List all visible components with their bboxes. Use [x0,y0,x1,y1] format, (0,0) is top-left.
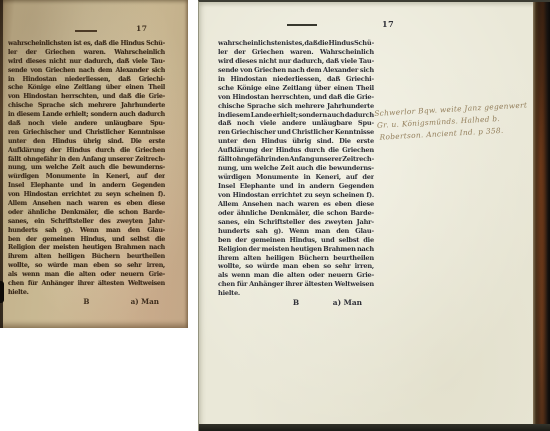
header-rule [75,30,97,32]
text-line: wollte,sowürdemanebensosehrirren, [218,262,374,271]
text-line: scheKönigeeineZeitlangübereinenTheil [8,84,165,93]
text-line: ihremaltenheiligenBüchernbeurtheilen [8,253,165,262]
text-line: alswennmandiealtenoderneuernGrie- [8,271,165,280]
right-page-text-block: wahrscheinlichstenistes,daßdieHindusSchü… [218,39,374,298]
text-line: inHindostanniederliessen,daßGriechi- [218,75,374,84]
text-line: chischeSprachesichmehrereJahrhunderte [8,102,165,111]
text-line: indiesemLandeerhielt;sondernauchdadurch [218,111,374,120]
left-page-text-block: wahrscheinlichstenistes,daßdieHindusSchü… [8,40,165,298]
right-page-signature-row: B a) Man [218,298,374,308]
text-line: vonHindostanerrichtetzuseynscheinenf). [218,191,374,200]
text-line: fälltohngefährindenAnfangunsererZeitrech… [218,155,374,164]
text-line: hundertssahg).WennmandenGlau- [218,227,374,236]
text-line: oderähnlicheDenkmäler,dieschonBarde- [218,209,374,218]
text-line: lerderGriechenwaren.Wahrscheinlich [8,49,165,58]
text-line: fälltohngefährindenAnfangunsererZeitrech… [8,156,165,165]
text-line: hielte. [218,289,374,298]
text-line: renGriechischerundChristlicherKenntnisse [8,129,165,138]
text-line: chenfürAnhängerihrerältestenWeltweisen [218,280,374,289]
text-line: sanes,einSchriftstellerdeszweytenJahr- [8,218,165,227]
book-binding-edge [533,2,550,431]
text-line: scheKönigeeineZeitlangübereinenTheil [218,84,374,93]
page-bottom-shadow [199,424,550,431]
text-line: renGriechischerundChristlicherKenntnisse [218,128,374,137]
text-line: nung,umwelcheZeitauchdiebewunderns- [218,164,374,173]
text-line: InselElephanteundinandernGegenden [8,182,165,191]
text-line: vonHindostanherrschten,unddaßdieGrie- [8,93,165,102]
text-line: AllemAnsehennachwarenesebendiese [218,200,374,209]
text-line: sendevonGriechennachdemAlexandersich [8,67,165,76]
text-line: inHindostanniederliessen,daßGriechi- [8,76,165,85]
text-line: wirddiesesnichtnurdadurch,daßvieleTau- [8,58,165,67]
text-line: sanes,einSchriftstellerdeszweytenJahr- [218,218,374,227]
text-line: bendergemeinenHindus,undselbstdie [218,236,374,245]
left-page-spine-shadow [0,0,3,328]
text-line: lerderGriechenwaren.Wahrscheinlich [218,48,374,57]
text-line: wahrscheinlichstenistes,daßdieHindusSchü… [8,40,165,49]
text-line: ReligiondermeistenheutigenBrahmennach [8,244,165,253]
signature-mark: B [293,298,299,307]
catchword: a) Man [131,297,159,306]
right-scan-page: 17 wahrscheinlichstenistes,daßdieHindusS… [198,0,550,431]
left-scan-page: 17 wahrscheinlichstenistes,daßdieHindusS… [0,0,188,328]
text-line: daßnochvieleandereunläugbareSpu- [8,120,165,129]
text-line: alswennmandiealtenoderneuernGrie- [218,271,374,280]
text-line: indiesemLandeerhielt;sondernauchdadurch [8,111,165,120]
text-line: chischeSprachesichmehrereJahrhunderte [218,102,374,111]
text-line: oderähnlicheDenkmäler,dieschonBarde- [8,209,165,218]
text-line: sendevonGriechennachdemAlexandersich [218,66,374,75]
text-line: AllemAnsehennachwarenesebendiese [8,200,165,209]
text-line: vonHindostanherrschten,unddaßdieGrie- [218,93,374,102]
left-page-signature-row: B a) Man [8,297,165,307]
text-line: vonHindostanerrichtetzuseynscheinenf). [8,191,165,200]
text-line: wahrscheinlichstenistes,daßdieHindusSchü… [218,39,374,48]
header-rule [287,24,317,26]
text-line: hundertssahg).WennmandenGlau- [8,227,165,236]
text-line: wirddiesesnichtnurdadurch,daßvieleTau- [218,57,374,66]
text-line: nung,umwelcheZeitauchdiebewunderns- [8,164,165,173]
catchword: a) Man [333,298,362,307]
text-line: chenfürAnhängerihrerältestenWeltweisen [8,280,165,289]
text-line: wollte,sowürdemanebensosehrirren, [8,262,165,271]
text-line: würdigenMonumenteinKeneri,aufder [218,173,374,182]
book-scan-comparison: 17 wahrscheinlichstenistes,daßdieHindusS… [0,0,550,431]
text-line: ReligiondermeistenheutigenBrahmennach [218,245,374,254]
left-page-edge-notch [0,281,4,303]
page-number: 17 [382,19,394,29]
text-line: ihremaltenheiligenBüchernbeurtheilen [218,254,374,263]
page-number: 17 [136,24,147,33]
text-line: unterdenHindusübrigsind.Dieerste [218,137,374,146]
text-line: daßnochvieleandereunläugbareSpu- [218,119,374,128]
text-line: AufklärungderHindusdurchdieGriechen [218,146,374,155]
text-line: bendergemeinenHindus,undselbstdie [8,236,165,245]
text-line: InselElephanteundinandernGegenden [218,182,374,191]
signature-mark: B [83,297,89,306]
text-line: würdigenMonumenteinKeneri,aufder [8,173,165,182]
text-line: AufklärungderHindusdurchdieGriechen [8,147,165,156]
handwritten-marginalia: Schwerlor Bqw. weite Janz gegenwertGr. u… [374,99,538,144]
text-line: unterdenHindusübrigsind.Dieerste [8,138,165,147]
